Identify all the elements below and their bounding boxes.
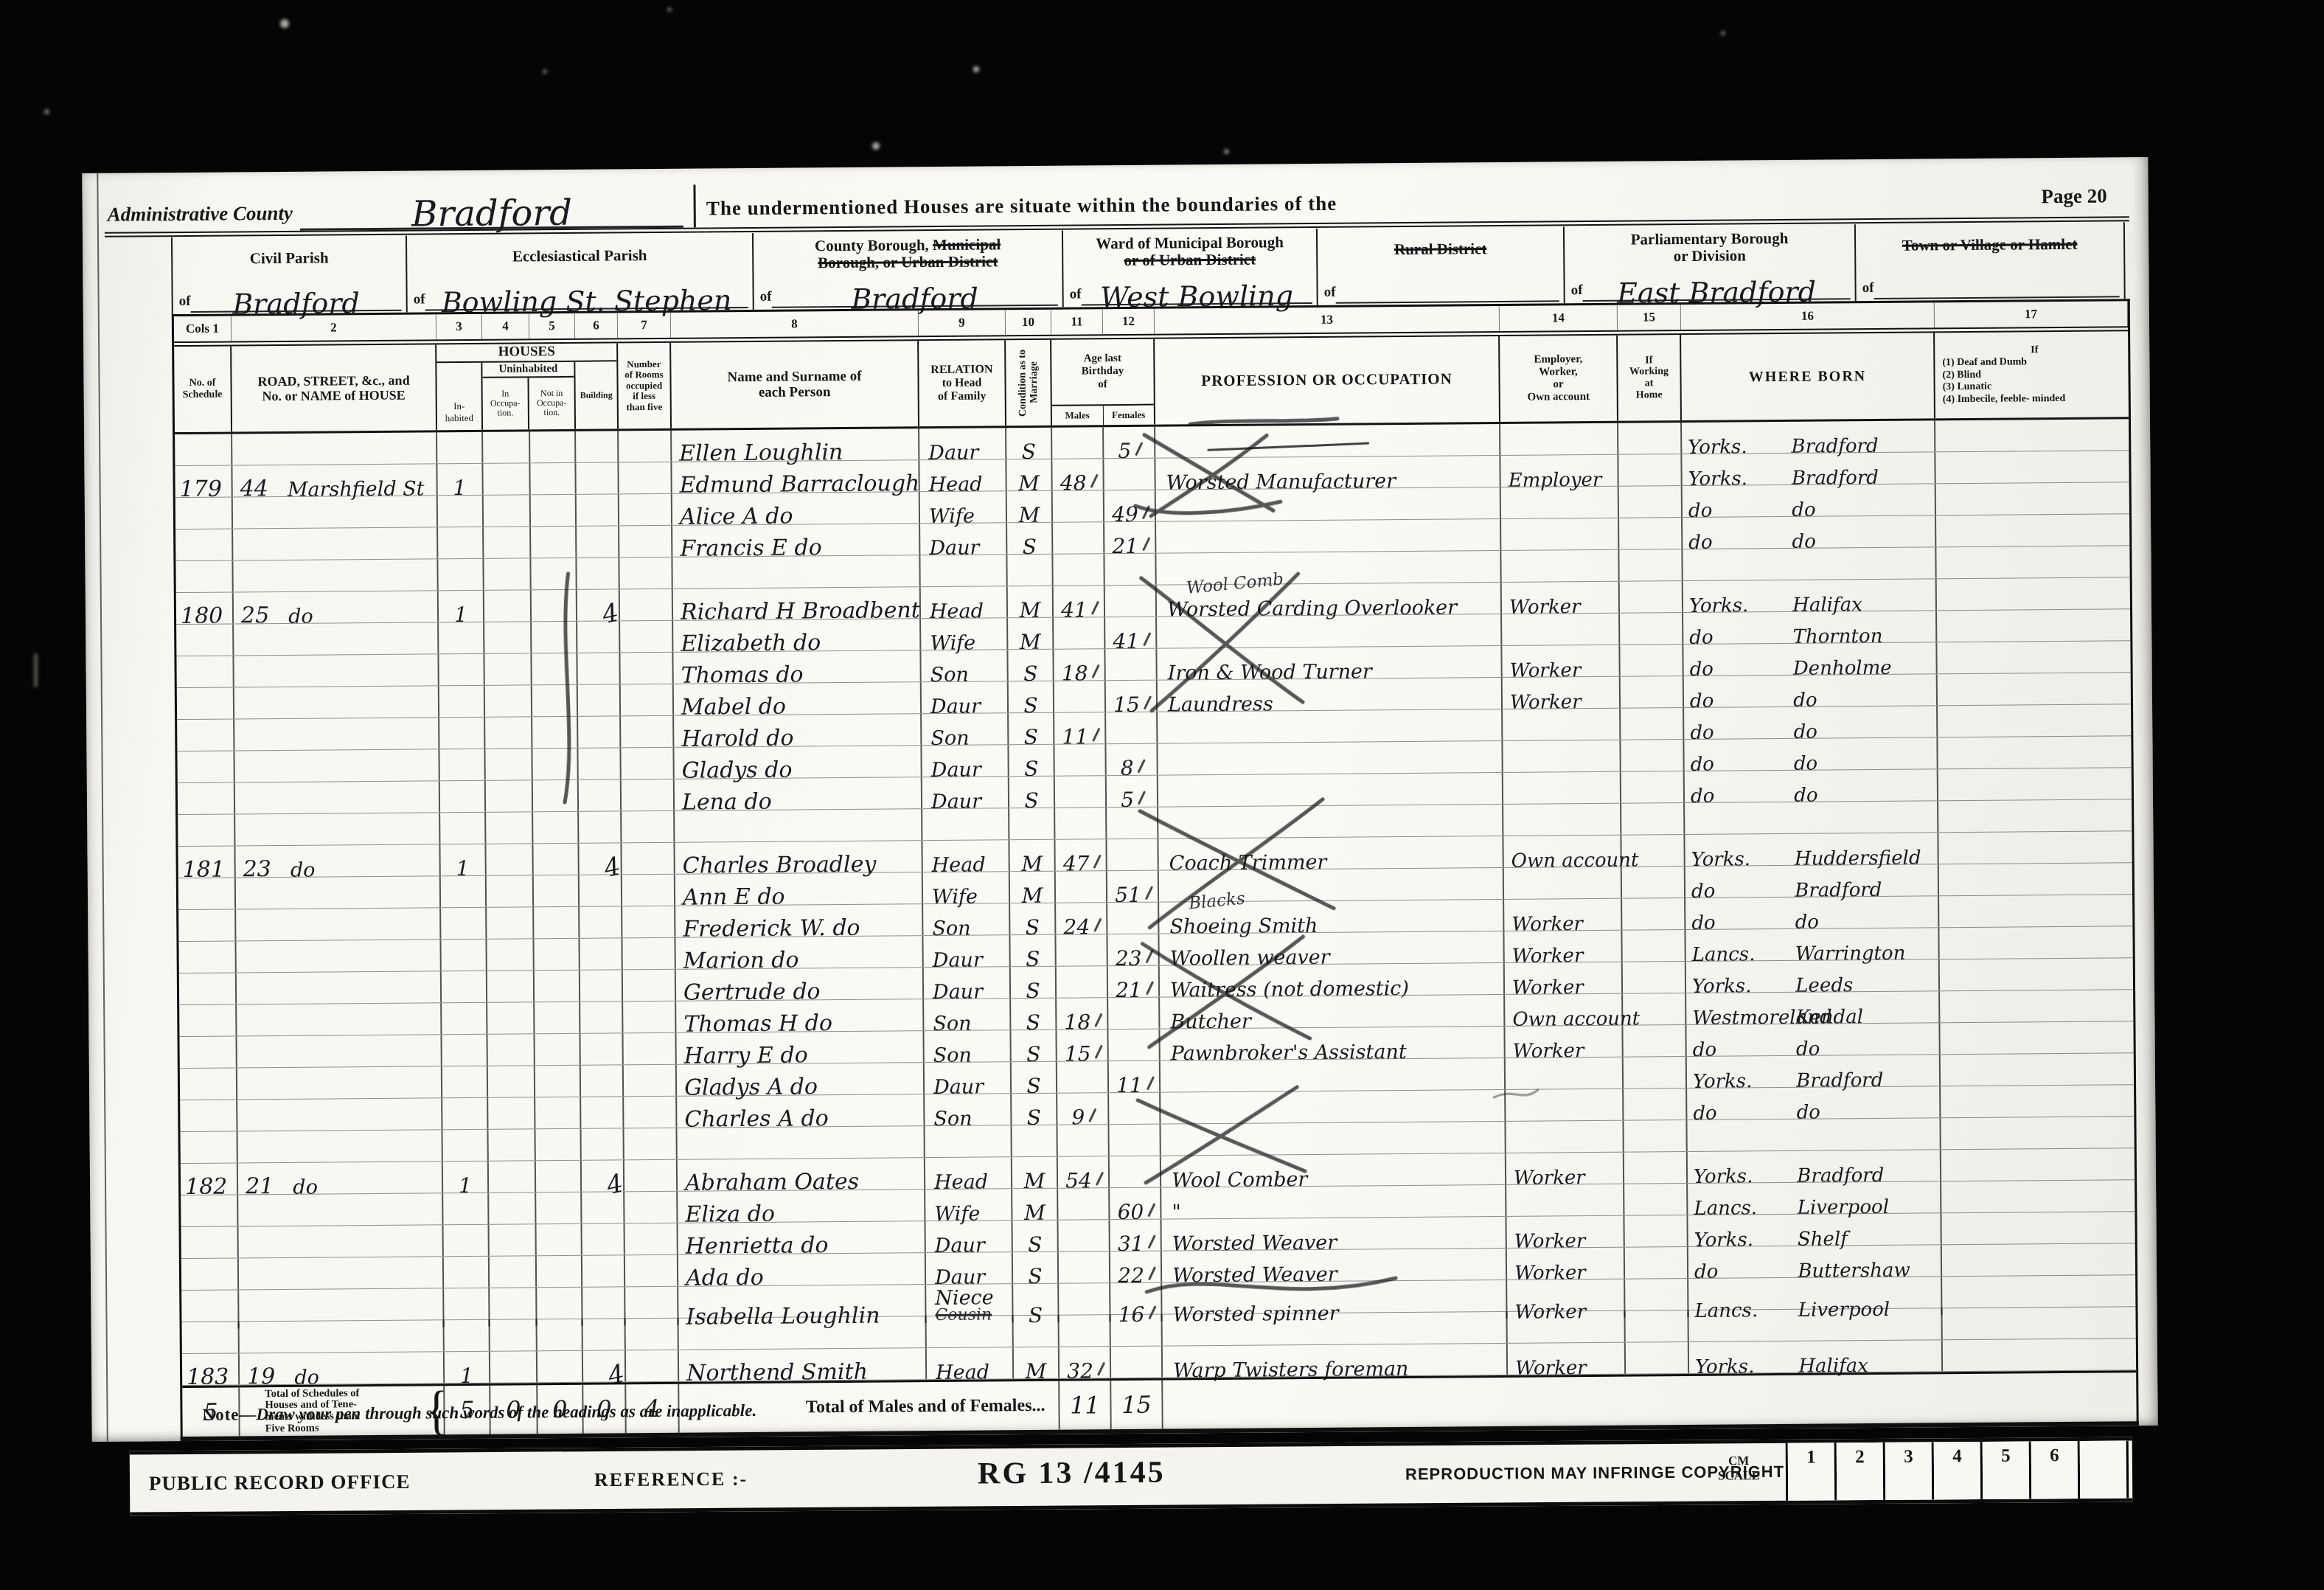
table-cell (178, 878, 236, 909)
column-number: 17 (1935, 301, 2128, 327)
table-cell (234, 654, 439, 687)
table-cell: M (1006, 459, 1052, 490)
table-cell (533, 844, 579, 875)
table-cell: Thomas H do (676, 999, 924, 1032)
table-cell: 23do (235, 844, 440, 877)
born-county: do (1690, 719, 1793, 739)
born-place: do (1795, 908, 1938, 928)
table-cell (236, 876, 441, 909)
table-cell (679, 1316, 927, 1350)
table-cell (537, 1256, 582, 1287)
scan-speck (1721, 31, 1725, 35)
table-cell: Wife (921, 618, 1008, 650)
table-cell (489, 1161, 536, 1192)
infirmity-line: (1) Deaf and Dumb (1942, 357, 2027, 369)
of-word: of (414, 291, 425, 310)
table-cell (439, 686, 485, 717)
born-county: do (1689, 656, 1792, 676)
jurisdiction-box: County Borough, MunicipalBorough, or Urb… (754, 231, 1064, 310)
table-cell (535, 1034, 580, 1065)
table-cell (1013, 1316, 1059, 1347)
table-cell (1941, 1212, 2135, 1244)
column-number: 8 (671, 310, 919, 338)
table-cell (1503, 709, 1621, 740)
born-place: do (1796, 1035, 1939, 1055)
table-cell (580, 875, 622, 906)
table-cell: Son (921, 650, 1008, 681)
jurisdiction-value: ofBradford (754, 272, 1062, 310)
jurisdiction-value: ofBradford (173, 277, 406, 314)
table-cell: doBradford (1685, 864, 1939, 898)
table-cell (1506, 1184, 1624, 1216)
table-cell (1108, 1030, 1160, 1061)
table-cell (622, 780, 675, 811)
table-cell (1054, 681, 1106, 712)
born-place: do (1792, 496, 1935, 516)
table-cell: Worker (1506, 1216, 1624, 1248)
table-cell: Daur (926, 1252, 1013, 1284)
pen-tick (1094, 1013, 1102, 1027)
table-cell (619, 462, 672, 494)
born-county: do (1693, 1100, 1796, 1119)
table-cell (920, 555, 1007, 586)
table-cell (484, 495, 531, 527)
table-cell (1620, 645, 1683, 676)
table-cell: Worsted Manufacturer (1155, 456, 1500, 490)
table-cell (1506, 1121, 1624, 1153)
table-cell (622, 906, 675, 938)
table-cell: Worker (1504, 931, 1622, 962)
header-divider (694, 184, 696, 227)
col-header-in-occupation: In Occupa- tion. (482, 378, 529, 430)
born-place: Halifax (1792, 591, 1935, 611)
table-cell (484, 653, 532, 685)
table-cell (488, 1097, 535, 1129)
table-cell (235, 781, 440, 813)
table-cell: 1 (443, 1162, 489, 1192)
table-cell: Son (924, 999, 1011, 1030)
table-cell: 44Marshfield St (232, 464, 437, 496)
col-header-road: ROAD, STREET, &c., and No. or NAME of HO… (232, 344, 437, 431)
table-cell (620, 653, 673, 684)
table-cell (238, 1130, 443, 1162)
table-cell: Worker (1505, 962, 1623, 994)
table-cell (619, 494, 672, 526)
table-cell (484, 527, 531, 558)
table-cell (487, 1034, 535, 1066)
born-county: do (1688, 497, 1792, 517)
table-cell (576, 431, 619, 462)
table-cell (177, 719, 234, 751)
table-cell: Head (919, 459, 1006, 491)
table-cell: M (1009, 840, 1055, 871)
column-number: 10 (1006, 310, 1051, 335)
table-cell (625, 1192, 678, 1223)
table-cell: 180 (176, 592, 234, 624)
table-cell (619, 431, 672, 462)
table-cell (1053, 490, 1104, 522)
table-cell (535, 1066, 581, 1097)
table-cell (1939, 926, 2132, 959)
footnote-prefix: Note (202, 1405, 239, 1423)
table-cell (1107, 839, 1158, 871)
table-cell (578, 684, 621, 715)
born-county: do (1691, 751, 1794, 771)
table-cell (532, 653, 577, 684)
record-office-bar: PUBLIC RECORD OFFICE REFERENCE :- RG 13 … (130, 1437, 2133, 1516)
col-header-not-occupation: Not in Occupa- tion. (529, 377, 574, 429)
table-cell: S (1010, 935, 1056, 966)
table-cell: Own account (1503, 836, 1621, 867)
table-cell (1057, 1125, 1109, 1156)
table-cell (1941, 1117, 2134, 1149)
col-header-name: Name and Surname of each Person (671, 341, 919, 428)
table-cell (180, 1068, 237, 1100)
table-cell (1059, 1315, 1110, 1347)
table-cell: Laundress (1158, 678, 1503, 712)
table-cell: Yorks.Bradford (1688, 1150, 1941, 1183)
table-cell: dodo (1687, 1086, 1941, 1119)
table-cell: Daur (925, 1062, 1012, 1094)
table-cell: Worker (1507, 1248, 1625, 1280)
table-cell (1007, 555, 1053, 586)
table-cell: 182 (181, 1163, 238, 1195)
table-cell (1158, 709, 1503, 743)
table-cell (1158, 741, 1503, 775)
table-cell: 15 (1057, 1030, 1108, 1061)
table-cell (484, 558, 531, 590)
table-cell (532, 590, 577, 621)
table-cell (487, 875, 534, 907)
pen-tick (1092, 728, 1100, 742)
table-cell (1054, 744, 1106, 776)
scan-speck (280, 19, 289, 28)
of-word: of (760, 289, 772, 308)
table-cell: 8 (1106, 744, 1158, 776)
table-cell (531, 527, 577, 558)
table-cell (442, 1130, 488, 1161)
table-cell (178, 782, 235, 814)
jurisdiction-label: Ecclesiastical Parish (407, 233, 752, 277)
table-cell: dodo (1685, 896, 1939, 929)
table-cell: Head (921, 586, 1008, 618)
table-cell (442, 1098, 488, 1129)
table-cell: 41 (1054, 586, 1105, 617)
table-cell (486, 780, 533, 812)
table-cell: Ann E do (675, 872, 923, 906)
table-cell (622, 875, 675, 906)
reference-label: REFERENCE :- (594, 1468, 748, 1491)
jurisdiction-value: ofBowling St. Stephen (407, 274, 752, 313)
col-header-inhabited: In- habited (436, 363, 483, 431)
table-cell (1622, 867, 1685, 898)
table-cell (1941, 1053, 2134, 1086)
table-cell (534, 907, 580, 938)
table-cell (1501, 518, 1619, 550)
jurisdiction-label: Rural District (1318, 226, 1563, 270)
table-cell (1625, 1310, 1688, 1342)
table-cell (581, 1065, 624, 1096)
table-cell (437, 432, 483, 463)
table-cell: 11 (1109, 1061, 1161, 1093)
pen-tick (1137, 759, 1145, 773)
table-cell (1942, 1243, 2135, 1276)
table-cell (1506, 1058, 1624, 1089)
table-cell (445, 1320, 490, 1351)
pen-tick (1142, 505, 1150, 519)
table-cell (1052, 427, 1104, 459)
jurisdiction-value: of (1318, 268, 1563, 305)
col-header-females: Females (1103, 406, 1154, 426)
table-cell: 32 (1060, 1347, 1111, 1378)
table-cell: 51 (1107, 871, 1159, 903)
table-cell: Head (925, 1157, 1012, 1189)
jurisdiction-underline: Bradford (771, 279, 1057, 308)
table-cell (1104, 459, 1155, 490)
table-cell: Yorks.Halifax (1689, 1340, 1943, 1373)
table-cell: 4 (620, 589, 673, 621)
table-cell: 4 (626, 1350, 679, 1382)
born-place: do (1794, 781, 1937, 802)
table-cell (177, 751, 234, 782)
born-place: do (1794, 749, 1937, 770)
table-cell: Lancs.Warrington (1685, 928, 1939, 961)
pen-tick (1147, 1076, 1155, 1090)
born-county: do (1694, 1258, 1798, 1278)
table-cell: M (1014, 1347, 1060, 1378)
table-cell: Elizabeth do (673, 619, 921, 652)
born-place: Kendal (1795, 1003, 1938, 1024)
table-cell: Son (923, 903, 1010, 935)
table-cell: Worker (1502, 645, 1620, 677)
table-cell (576, 462, 619, 493)
jurisdiction-box: Civil ParishofBradford (171, 236, 408, 315)
table-cell: doDenholme (1683, 642, 1937, 676)
col-header-males: Males (1052, 406, 1104, 426)
table-cell (1503, 772, 1621, 804)
table-cell: Daur (922, 777, 1009, 808)
table-cell (1618, 454, 1682, 486)
born-place: Bradford (1797, 1162, 1940, 1182)
totals-handwritten: 15 (1121, 1393, 1152, 1417)
cm-ruler: 123456 (1786, 1441, 2129, 1501)
born-place: Bradford (1792, 464, 1935, 485)
census-scan: Administrative County Bradford The under… (0, 0, 2324, 1590)
table-cell (490, 1319, 537, 1351)
table-cell (1105, 649, 1157, 681)
table-cell (624, 1065, 677, 1097)
table-cell (580, 970, 623, 1001)
table-cell (1104, 554, 1156, 586)
table-cell (487, 971, 535, 1002)
pen-tick (1148, 1266, 1156, 1280)
table-cell: 47 (1055, 839, 1107, 871)
table-cell (535, 1002, 580, 1033)
table-cell: Yorks.Halifax (1683, 579, 1937, 612)
table-cell (441, 908, 487, 939)
table-cell: 19do (240, 1352, 445, 1384)
table-cell (444, 1225, 490, 1256)
table-cell (489, 1192, 536, 1224)
pen-tick (1142, 537, 1150, 551)
table-cell (1054, 617, 1105, 649)
pen-tick (1094, 1045, 1102, 1059)
pen-tick (1088, 1108, 1096, 1122)
pen-tick (1097, 1362, 1105, 1376)
table-cell (535, 1097, 581, 1128)
table-cell: Warp Twisters foreman (1163, 1344, 1508, 1378)
col-header-schedule: No. of Schedule (174, 346, 232, 432)
table-cell (1685, 801, 1938, 834)
jurisdiction-box: Town or Village or Hamletof (1856, 222, 2126, 301)
table-cell: S (1012, 1062, 1057, 1093)
ruler-cell: 2 (1837, 1443, 1886, 1500)
table-cell (1058, 1188, 1110, 1220)
table-cell: S (1012, 1094, 1057, 1125)
table-cell (1059, 1251, 1110, 1283)
totals-empty (1163, 1372, 2136, 1428)
table-cell: Daur (922, 745, 1009, 777)
table-cell: Marion do (675, 936, 923, 969)
table-cell (625, 1223, 678, 1255)
table-cell: 24 (1056, 903, 1107, 934)
table-cell (175, 560, 233, 592)
pen-dash (1207, 442, 1369, 451)
table-cell (1057, 966, 1108, 998)
table-cell (487, 939, 534, 971)
table-cell (1620, 613, 1683, 645)
jurisdiction-box: Parliamentary Boroughor DivisionofEast B… (1565, 224, 1857, 303)
born-place: Leeds (1795, 971, 1938, 992)
column-number: 13 (1155, 306, 1500, 334)
table-cell: 25do (234, 591, 439, 623)
col-header-rooms: Number of Rooms occupied if less than fi… (618, 343, 672, 429)
cm-scale-label: CM SCALE (1718, 1454, 1760, 1484)
infirmity-line: (3) Lunatic (1943, 381, 1992, 394)
table-cell (181, 1258, 239, 1290)
table-cell: Iron & Wood Turner (1157, 646, 1502, 680)
pen-tick (1143, 632, 1151, 646)
table-cell: Charles A do (677, 1094, 925, 1128)
table-cell (582, 1223, 625, 1254)
binding-margin-line (97, 173, 108, 1442)
born-county: Yorks. (1694, 1226, 1798, 1246)
table-cell (439, 749, 485, 780)
of-word: of (1324, 285, 1336, 304)
column-number: 12 (1103, 309, 1155, 335)
table-cell: S (1009, 745, 1054, 776)
table-cell (441, 940, 487, 971)
pen-tick (1091, 664, 1099, 678)
table-cell (1012, 1125, 1057, 1156)
table-cell (1683, 547, 1936, 580)
table-cell (577, 558, 619, 589)
table-cell (486, 812, 533, 844)
table-cell (1157, 614, 1502, 648)
table-cell: 21do (238, 1162, 443, 1194)
table-cell (1939, 895, 2132, 927)
table-cell (577, 653, 620, 684)
born-county: do (1691, 909, 1795, 929)
col-header-houses-group: HOUSES In- habited Uninhabited In Occupa… (436, 343, 619, 430)
table-cell: dodo (1684, 674, 1938, 707)
table-cell (580, 938, 622, 969)
table-cell: Yorks.Bradford (1682, 420, 1935, 454)
pen-tick (1145, 949, 1153, 963)
table-cell (236, 940, 441, 972)
table-cell: 1 (440, 844, 486, 875)
column-number: 6 (575, 313, 618, 338)
table-cell (621, 748, 674, 780)
table-cell: 49 (1104, 490, 1156, 522)
col-header-where-born: WHERE BORN (1681, 333, 1935, 420)
table-cell (484, 590, 532, 622)
col-header-uninhabited-group: Uninhabited In Occupa- tion. Not in Occu… (482, 362, 576, 430)
table-cell (177, 687, 234, 719)
table-cell (677, 1126, 925, 1159)
table-cell (625, 1255, 678, 1287)
table-cell (488, 1066, 535, 1097)
table-cell (237, 971, 442, 1004)
table-cell (1938, 831, 2132, 864)
table-cell (441, 876, 487, 907)
born-county: Westmoreland (1692, 1004, 1795, 1024)
table-cell (1162, 1312, 1507, 1346)
table-cell (442, 1003, 487, 1034)
table-cell: Henrietta do (678, 1221, 925, 1254)
table-cell: Coach Trimmer (1158, 836, 1503, 870)
table-cell: Worker (1506, 1153, 1624, 1184)
table-cell (1624, 1215, 1688, 1247)
table-cell (1936, 482, 2129, 515)
table-cell: dodo (1683, 515, 1936, 549)
table-cell (232, 432, 437, 465)
born-place: Liverpool (1798, 1193, 1941, 1214)
table-cell (178, 909, 236, 941)
table-cell (1161, 1058, 1506, 1092)
table-cell (1938, 768, 2132, 800)
born-county: do (1691, 782, 1794, 802)
totals-handwritten: 11 (1070, 1393, 1100, 1417)
table-cell (622, 938, 675, 970)
born-county: Yorks. (1695, 1353, 1798, 1373)
table-cell (582, 1255, 625, 1286)
table-cell (535, 1129, 581, 1160)
table-cell: Gladys do (674, 746, 922, 779)
table-cell: Worker (1508, 1343, 1626, 1375)
table-cell: Son (922, 713, 1009, 745)
table-cell (622, 811, 675, 843)
table-cell: Son (924, 1030, 1011, 1062)
table-cell: M (1008, 618, 1054, 649)
table-cell (1941, 1180, 2135, 1212)
table-cell (235, 813, 440, 845)
table-cell: Mabel do (674, 682, 922, 715)
column-number: 2 (232, 314, 436, 341)
jurisdiction-boxes: Civil ParishofBradfordEcclesiastical Par… (171, 222, 2126, 314)
table-cell (1621, 771, 1685, 803)
table-cell (179, 973, 237, 1004)
pen-tick (1091, 601, 1099, 615)
table-cell (1623, 993, 1686, 1025)
table-cell: Daur (919, 428, 1006, 459)
column-number: 7 (618, 313, 671, 339)
table-cell (485, 717, 532, 749)
jurisdiction-underline: West Bowling (1081, 277, 1312, 306)
table-cell (1624, 1184, 1688, 1215)
table-cell: S (1011, 967, 1057, 998)
table-cell (1053, 554, 1104, 586)
